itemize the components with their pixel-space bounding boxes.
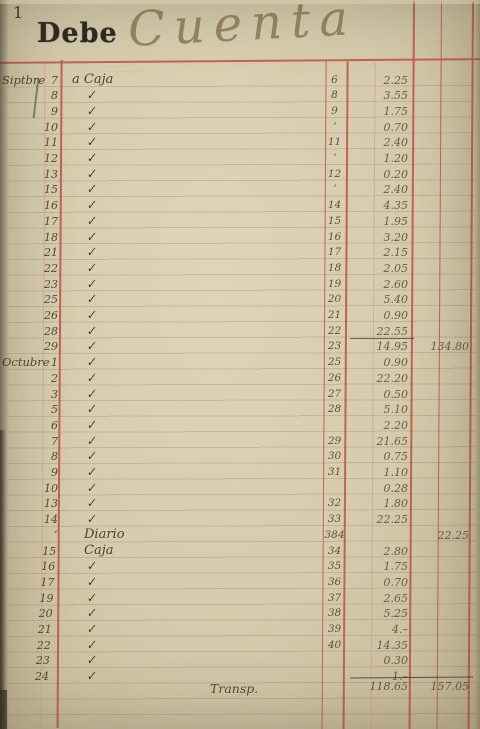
check-mark-icon: ✓ [85,668,97,683]
day-number: 17 [40,215,58,228]
ledger-row: 16✓144.35 [0,198,480,214]
check-mark-icon: ✓ [85,386,97,401]
folio-number: 12 [323,168,346,180]
folio-number: ʼ [323,121,346,133]
ledger-row: Octubre1✓250.90 [0,355,480,371]
day-number: 21 [34,623,52,636]
day-number: 18 [40,231,58,244]
entry-description: Caja [84,543,113,558]
check-mark-icon: ✓ [85,464,97,479]
amount-value: 22.55 [348,325,408,338]
ledger-row: 15✓ʼ2.40 [0,182,480,198]
page-edge-shadow [474,0,480,729]
ledger-row: 17✓151.95 [0,214,480,230]
ledger-row: Siptbre7a Caja62.25 [0,73,480,89]
check-mark-icon: ✓ [85,229,97,244]
amount-value: 0.30 [348,654,408,667]
check-mark-icon: ✓ [85,103,97,118]
check-mark-icon: ✓ [85,292,97,307]
folio-number: 25 [323,356,346,368]
ledger-row: 9✓311.10 [0,465,480,481]
amount-value: 3.20 [348,231,408,244]
check-mark-icon: ✓ [85,339,97,354]
amount-value: 0.70 [348,576,408,589]
amount-value: 0.20 [348,168,408,181]
day-number: 5 [40,403,58,416]
day-number: 16 [37,560,55,573]
ledger-row: ʼDiario38422.25 [0,528,480,544]
day-number: 23 [40,278,58,291]
amount-value: 0.70 [348,121,408,134]
amount-value: 0.75 [348,450,408,463]
day-number: 10 [40,482,58,495]
check-mark-icon: ✓ [85,150,97,165]
check-mark-icon: ✓ [85,559,97,574]
amount-value: 2.15 [348,246,408,259]
day-number: 9 [40,466,58,479]
check-mark-icon: ✓ [85,496,97,511]
check-mark-icon: ✓ [85,197,97,212]
day-number: 6 [40,419,58,432]
amount-value: 1.10 [348,466,408,479]
day-number: 20 [35,607,53,620]
ledger-page: 1 Debe Cuenta Siptbre7a Caja62.258✓83.55… [0,0,480,729]
folio-number: 21 [323,309,346,321]
amount-value: 2.40 [348,183,408,196]
amount-value: 22.25 [348,513,408,526]
ledger-row: 15Caja342.80 [0,544,480,560]
ledger-row: 22✓4014.35 [0,638,480,654]
check-mark-icon: ✓ [85,88,97,103]
day-number: 7 [40,435,58,448]
folio-number: 14 [323,199,346,211]
check-mark-icon: ✓ [85,276,97,291]
carry-column-total: 157.05 [412,680,469,693]
check-mark-icon: ✓ [85,417,97,432]
ledger-row: 21✓172.15 [0,245,480,261]
folio-number: 38 [323,607,346,619]
day-number: 1 [40,356,58,369]
amount-value: 0.28 [348,482,408,495]
check-mark-icon: ✓ [85,370,97,385]
column-total: 118.65 [348,680,408,693]
amount-value: 0.90 [348,356,408,369]
amount-value: 5.40 [348,293,408,306]
amount-value: 2.65 [348,592,408,605]
day-number: 25 [40,293,58,306]
check-mark-icon: ✓ [85,637,97,652]
book-binding-shadow-lower [0,430,6,729]
folio-number: ʼ [323,183,346,195]
amount-value: 2.25 [348,74,408,87]
check-mark-icon: ✓ [85,245,97,260]
ledger-row: 2✓2622.20 [0,371,480,387]
check-mark-icon: ✓ [85,166,97,181]
folio-number: 11 [323,136,346,148]
amount-value: 3.55 [348,89,408,102]
folio-number: 16 [323,231,346,243]
folio-number: 29 [323,435,346,447]
folio-number: 35 [323,560,346,572]
ledger-row: 10✓ʼ0.70 [0,120,480,136]
check-mark-icon: ✓ [85,323,97,338]
day-number: 8 [40,89,58,102]
ledger-row: 28✓2222.55 [0,324,480,340]
amount-value: 4.– [348,623,408,636]
day-number: 7 [40,74,58,87]
day-number: 2 [40,372,58,385]
ledger-row: 6✓2.20 [0,418,480,434]
check-mark-icon: ✓ [85,606,97,621]
amount-value: 1.95 [348,215,408,228]
folio-number: 34 [323,545,346,557]
folio-number: 22 [323,325,346,337]
ledger-row: 19✓372.65 [0,591,480,607]
check-mark-icon: ✓ [85,260,97,275]
day-number: 19 [36,592,54,605]
amount-value: 0.90 [348,309,408,322]
amount-value: 5.25 [348,607,408,620]
folio-number: 18 [323,262,346,274]
folio-number: 17 [323,246,346,258]
amount-value: 4.35 [348,199,408,212]
ledger-row: 23✓0.30 [0,653,480,669]
day-number: 15 [40,183,58,196]
amount-value: 14.95 [348,340,408,353]
ledger-row: 8✓83.55 [0,88,480,104]
ledger-row: 8✓300.75 [0,449,480,465]
check-mark-icon: ✓ [85,621,97,636]
day-number: 26 [40,309,58,322]
folio-number: 27 [323,388,346,400]
ledger-row: 29✓2314.95134.80 [0,339,480,355]
ledger-row: 26✓210.90 [0,308,480,324]
day-number: 3 [40,388,58,401]
page-top-edge [0,0,480,4]
ledger-row: 16✓351.75 [0,559,480,575]
amount-value: 22.20 [348,372,408,385]
folio-number: 33 [323,513,346,525]
folio-number: 15 [323,215,346,227]
ledger-row: 12✓ʼ1.20 [0,151,480,167]
ledger-row: 14✓3322.25 [0,512,480,528]
check-mark-icon: ✓ [85,135,97,150]
day-number: 21 [40,246,58,259]
folio-number: 384 [323,529,346,541]
ledger-row: 25✓205.40 [0,292,480,308]
folio-number: 19 [323,278,346,290]
amount-value: 21.65 [348,435,408,448]
amount-value: 1.75 [348,560,408,573]
amount-value: 2.60 [348,278,408,291]
check-mark-icon: ✓ [85,653,97,668]
day-number: 12 [40,152,58,165]
day-number: 11 [40,136,58,149]
folio-number: 8 [323,89,346,101]
folio-number: 6 [323,74,346,86]
check-mark-icon: ✓ [85,307,97,322]
ledger-row: 17✓360.70 [0,575,480,591]
check-mark-icon: ✓ [85,449,97,464]
ledger-rows: Siptbre7a Caja62.258✓83.559✓91.7510✓ʼ0.7… [0,0,480,729]
check-mark-icon: ✓ [85,574,97,589]
day-number: 13 [40,168,58,181]
day-number: 8 [40,450,58,463]
folio-number: ʼ [323,152,346,164]
day-number: 22 [40,262,58,275]
amount-value: 14.35 [348,639,408,652]
day-number: 14 [40,513,58,526]
check-mark-icon: ✓ [85,590,97,605]
subtotal-rule [350,338,414,339]
folio-number: 28 [323,403,346,415]
check-mark-icon: ✓ [85,480,97,495]
entry-description: a Caja [72,72,113,87]
ledger-row: 10✓0.28 [0,481,480,497]
amount-value: 0.50 [348,388,408,401]
folio-number: 31 [323,466,346,478]
day-number: 9 [40,105,58,118]
folio-number: 39 [323,623,346,635]
ledger-row: 5✓285.10 [0,402,480,418]
ledger-row: 18✓163.20 [0,230,480,246]
ledger-row: 13✓120.20 [0,167,480,183]
amount-value: 2.05 [348,262,408,275]
day-number: 17 [36,576,54,589]
check-mark-icon: ✓ [85,354,97,369]
folio-number: 9 [323,105,346,117]
amount-value: 2.80 [348,545,408,558]
check-mark-icon: ✓ [85,213,97,228]
amount-value: 2.20 [348,419,408,432]
day-number: 13 [40,497,58,510]
folio-number: 30 [323,450,346,462]
amount-value: 1.20 [348,152,408,165]
check-mark-icon: ✓ [85,119,97,134]
day-number: ʼ [39,529,57,542]
check-mark-icon: ✓ [85,511,97,526]
folio-number: 26 [323,372,346,384]
carry-amount: 22.25 [412,529,469,542]
folio-number: 36 [323,576,346,588]
ledger-row: 9✓91.75 [0,104,480,120]
ledger-row: 20✓385.25 [0,606,480,622]
check-mark-icon: ✓ [85,402,97,417]
ledger-row: 7✓2921.65 [0,434,480,450]
amount-value: 1.80 [348,497,408,510]
amount-value: 5.10 [348,403,408,416]
folio-number: 40 [323,639,346,651]
ledger-row: 22✓182.05 [0,261,480,277]
day-number: 10 [40,121,58,134]
ledger-row: 13✓321.80 [0,496,480,512]
day-number: 16 [40,199,58,212]
day-number: 28 [40,325,58,338]
ledger-row: 23✓192.60 [0,277,480,293]
check-mark-icon: ✓ [85,433,97,448]
corner-shadow [0,690,7,729]
check-mark-icon: ✓ [85,182,97,197]
ledger-row: 3✓270.50 [0,387,480,403]
amount-value: 2.40 [348,136,408,149]
day-number: 22 [33,639,51,652]
folio-number: 32 [323,497,346,509]
day-number: 29 [40,340,58,353]
day-number: 23 [32,654,50,667]
transport-label: Transp. [210,681,258,696]
folio-number: 20 [323,293,346,305]
day-number: 24 [31,670,49,683]
ledger-row: 11✓112.40 [0,135,480,151]
carry-amount: 134.80 [412,340,469,353]
entry-description: Diario [84,527,125,542]
folio-number: 37 [323,592,346,604]
ledger-row: 21✓394.– [0,622,480,638]
amount-value: 1.75 [348,105,408,118]
day-number: 15 [38,545,56,558]
folio-number: 23 [323,340,346,352]
